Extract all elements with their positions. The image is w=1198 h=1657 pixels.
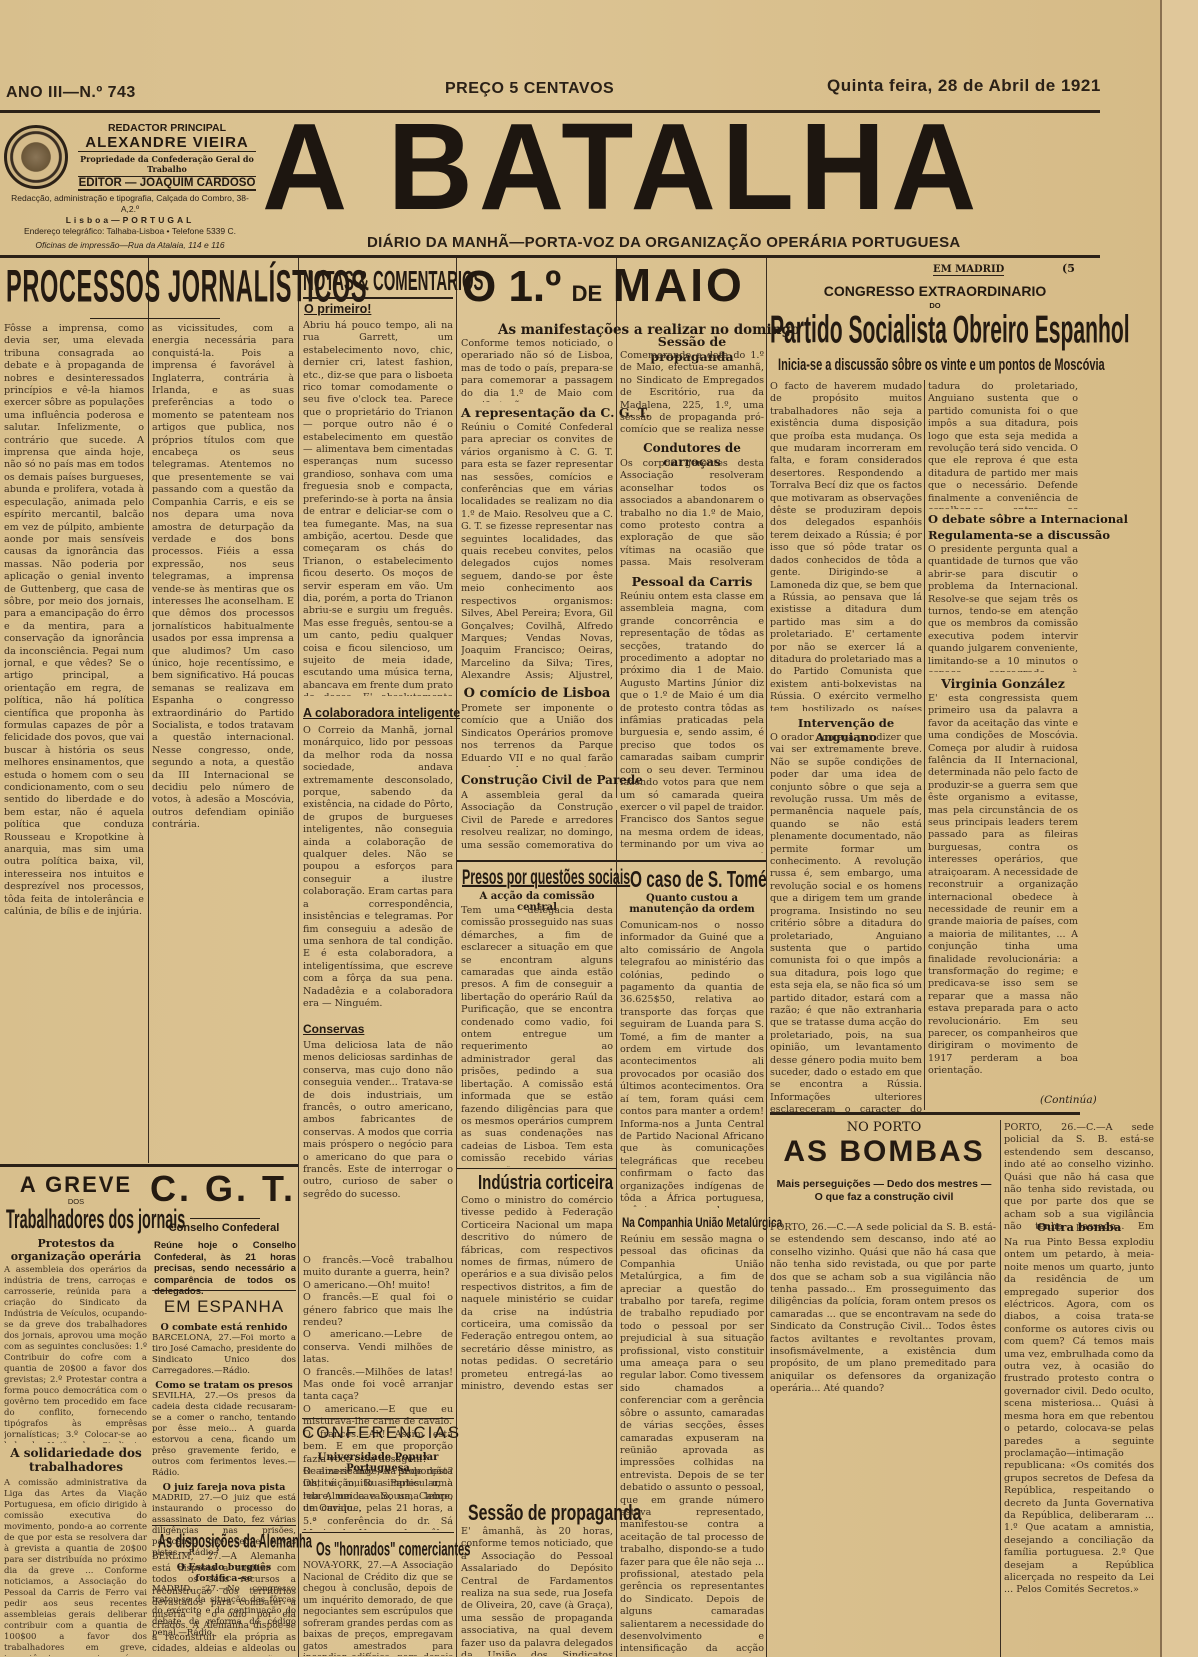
corticeira-text: Como o ministro do comércio tivesse pedi…: [461, 1195, 613, 1391]
alemanha-text: BERLIM, 27.—A Alemanha está disposta a a…: [152, 1552, 296, 1656]
notas-primeiro-text: Abriu há pouco tempo, ali na rua Garrett…: [303, 320, 453, 696]
headline-corticeira: Indústria corticeira: [478, 1172, 613, 1195]
maio-sec-parede-title: Construção Civil de Parede: [461, 773, 643, 787]
masthead-subtitle: DIÁRIO DA MANHÃ—PORTA-VOZ DA ORGANIZAÇÃO…: [367, 234, 961, 251]
notas-sub-colaboradora: A colaboradora inteligente: [303, 706, 460, 720]
dialogue-line: O americano.—Oh! muito!: [303, 1280, 453, 1292]
bombas-text-cont: PORTO, 26.—C.—A sede policial da S. B. e…: [1004, 1122, 1154, 1232]
madrid-page-number: (5: [1062, 262, 1075, 275]
divider: [152, 1525, 296, 1526]
column-rule: [766, 258, 767, 1657]
honrados-text: NOVA-YORK, 27.—A Associação Nacional de …: [303, 1561, 453, 1656]
sessao-text: E' âmanhã, às 20 horas, conforme temos n…: [461, 1526, 613, 1656]
maio-sec-comicio-title: O comício de Lisboa: [461, 686, 613, 701]
telegraph: Endereço telegráfico: Talhaba-Lisboa • T…: [4, 226, 256, 237]
s-tome-text: Comunicam-nos o nosso informador da Guin…: [620, 920, 764, 1208]
bombas-kicker: NO PORTO: [770, 1120, 998, 1135]
divider: [190, 1218, 260, 1219]
madrid-gonzalez-title: Virginia González: [928, 676, 1078, 691]
notas-colaboradora-text: O Correio da Manhã, jornal monárquico, l…: [303, 725, 453, 1015]
bombas-text2: Na rua Pinto Bessa explodiu ontem um pet…: [1004, 1237, 1154, 1655]
divider: [152, 1290, 296, 1291]
headline-alemanha: As disposições da Alemanha: [158, 1530, 312, 1553]
madrid-col1: O facto de haverem mudado de propósito m…: [770, 381, 922, 711]
espanha-item-head: Como se tratam os presos: [152, 1380, 296, 1391]
madrid-kicker: EM MADRID: [933, 264, 1004, 276]
headline-part: DE: [572, 281, 603, 306]
headline-bombas: AS BOMBAS: [770, 1135, 998, 1169]
column-rule: [298, 258, 299, 1657]
headline-notas: NOTAS & COMENTARIOS: [303, 266, 483, 298]
column-rule: [924, 380, 925, 1110]
city: Lisboa—PORTUGAL: [4, 215, 256, 226]
redactor-name: ALEXANDRE VIEIRA: [78, 134, 256, 152]
conferencias-text: Realiza-se hoje, na sede desta instituiç…: [303, 1466, 453, 1530]
dialogue-line: O americano.—Lebre de conserva. Vendi mi…: [303, 1329, 453, 1366]
madrid-gonzalez-text: E' esta congressista quem primeiro usa d…: [928, 693, 1078, 1093]
madrid-col3: tadura do proletariado, Anguiano sustent…: [928, 381, 1078, 509]
greve-sub1: Protestos da organização operária: [4, 1237, 148, 1263]
confederation-seal-icon: [4, 125, 68, 189]
headline-metalurgica: Na Companhia União Metalúrgica: [622, 1214, 782, 1230]
divider: [303, 297, 453, 299]
price: PREÇO 5 CENTAVOS: [445, 80, 614, 98]
headline-primeiro-maio: O 1.º DE MAIO: [462, 258, 745, 312]
property-line: Propriedade da Confederação Geral do Tra…: [78, 152, 256, 177]
divider: [770, 1112, 1080, 1115]
column-rule: [616, 810, 617, 1657]
s-tome-sub: Quanto custou a manutenção da ordem: [620, 893, 764, 915]
headline-espanha: EM ESPANHA: [152, 1297, 296, 1317]
espanha-item-head: O juiz fareja nova pista: [152, 1482, 296, 1493]
divider: [0, 1164, 298, 1167]
notas-sub-conservas: Conservas: [303, 1022, 364, 1036]
redactor-label: REDACTOR PRINCIPAL: [78, 122, 256, 134]
masthead-title: A BATALHA: [262, 105, 982, 229]
column-rule: [456, 258, 457, 1657]
notas-conservas-text: Uma deliciosa lata de não menos delicios…: [303, 1040, 453, 1250]
presos-text: Tem uma delegacia desta comissão prosseg…: [461, 905, 613, 1167]
divider: [302, 1418, 454, 1419]
madrid-debate-title: O debate sôbre a Internacional: [928, 512, 1128, 526]
maio-sec-comicio-text: Promete ser imponente o comício que a Un…: [461, 703, 613, 767]
notas-sub-primeiro: O primeiro!: [304, 302, 371, 316]
madrid-title2: Partido Socialista Obreiro Espanhol: [770, 308, 1130, 353]
dialogue-line: O francês.—Você trabalhou muito durante …: [303, 1255, 453, 1280]
madrid-anguiano-text: O orador começa por dizer que vai ser ex…: [770, 732, 922, 1116]
divider: [457, 860, 766, 862]
headline-part: MAIO: [613, 259, 745, 311]
headline-s-tome: O caso de S. Tomé: [630, 866, 767, 893]
headline-honrados: Os "honrados" comerciantes: [316, 1538, 470, 1561]
page-edge: [1160, 0, 1198, 1657]
column-rule: [148, 258, 149, 1163]
headline-conferencias: CONFERENCIAS: [302, 1423, 454, 1443]
maio-intro: Conforme temos noticiado, o operariado n…: [461, 338, 613, 402]
headline-cgt: C. G. T.: [150, 1168, 296, 1210]
maio-sec-parede-text: A assembleia geral da Associação da Cons…: [461, 790, 613, 852]
maio-sec-cgt-text: Reúniu o Comité Confederal para apreciar…: [461, 422, 613, 684]
madrid-debate-text: O presidente pergunta qual a quantidade …: [928, 544, 1078, 672]
maio-sec-carris-title: Pessoal da Carris: [620, 574, 764, 589]
greve-text2: A comissão administrativa da Liga das Ar…: [4, 1478, 147, 1656]
maio-sec-carris-text: Reúniu ontem esta classe em assembleia m…: [620, 591, 764, 853]
divider: [302, 1532, 454, 1533]
greve-text1: A assembleia dos operários da indústria …: [4, 1265, 147, 1443]
espanha-item-text: BARCELONA, 27.—Foi morto a tiro José Cam…: [152, 1333, 296, 1377]
madrid-regulamenta-title: Regulamenta-se a discussão: [928, 528, 1110, 542]
continua-label: (Continúa): [1040, 1094, 1097, 1106]
date: Quinta feira, 28 de Abril de 1921: [827, 76, 1101, 96]
bombas-text: PORTO, 26.—C.—A sede policial da S. B. e…: [770, 1222, 996, 1656]
espanha-item-text: SEVILHA, 27.—Os presos da cadeia desta c…: [152, 1391, 296, 1479]
madrid-title1: CONGRESSO EXTRAORDINARIO: [770, 283, 1100, 299]
article-processos-col1: Fôsse a imprensa, como devia ser, uma el…: [4, 323, 144, 1163]
headline-sessao: Sessão de propaganda: [468, 1500, 641, 1526]
headline-presos: Presos por questões sociais: [462, 866, 630, 890]
editor-line: EDITOR — JOAQUIM CARDOSO: [78, 177, 256, 191]
bombas-sub2: Outra bomba: [1004, 1220, 1154, 1234]
madrid-subtitle: Inicia-se a discussão sôbre os vinte e u…: [778, 355, 1105, 375]
maio-sec-propaganda-text: Comemorando a data do 1.º de Maio, efect…: [620, 350, 764, 438]
espanha-item-head: O combate está renhido: [152, 1322, 296, 1333]
headline-part: O 1.º: [462, 262, 561, 311]
address: Redacção, administração e tipografia, Ca…: [4, 193, 256, 215]
headline-greve: A GREVE: [4, 1172, 148, 1198]
article-processos-col2: as vicissitudes, com a energia necessári…: [152, 323, 294, 1163]
cgt-sub: Conselho Confederal: [152, 1222, 296, 1234]
column-rule: [1000, 1120, 1001, 1657]
metalurgica-text: Reúniu em sessão magna o pessoal das ofi…: [620, 1234, 764, 1656]
cgt-text: Reúne hoje o Conselho Confederal, às 21 …: [154, 1240, 296, 1298]
divider: [457, 1168, 617, 1169]
maio-sec-carrocas-text: Os corpos gerentes desta Associação reso…: [620, 458, 764, 570]
greve-sub2: A solidariedade dos trabalhadores: [4, 1446, 148, 1474]
issue-number: ANO III—N.º 743: [6, 84, 136, 102]
dialogue-line: O francês.—Milhões de latas! Mas onde fo…: [303, 1367, 453, 1404]
printing-address: Oficinas de impressão—Rua da Atalaia, 11…: [4, 240, 256, 251]
bombas-sub: Mais perseguições — Dedo dos mestres — O…: [775, 1178, 993, 1204]
column-rule: [616, 258, 617, 798]
dialogue-line: O francês.—E qual foi o género fabrico q…: [303, 1292, 453, 1329]
divider: [90, 318, 220, 319]
